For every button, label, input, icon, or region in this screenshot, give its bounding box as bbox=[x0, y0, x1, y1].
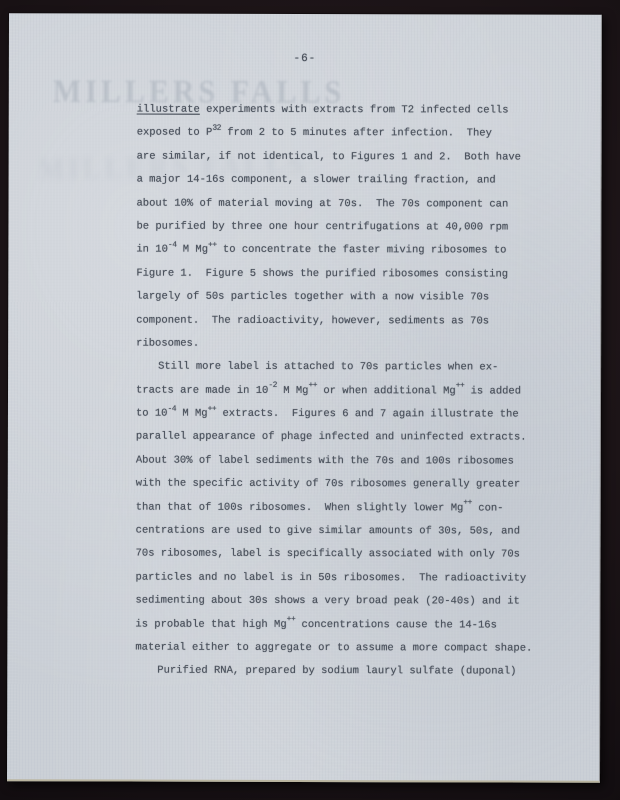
text-line: in 10-4 M Mg++ to concentrate the faster… bbox=[136, 239, 556, 263]
paragraph: Purified RNA, prepared by sodium lauryl … bbox=[135, 660, 555, 684]
photo-background: MILLERS FALLS MILLERS FALLS -6- illustra… bbox=[0, 0, 620, 800]
document-body: illustrate experiments with extracts fro… bbox=[135, 99, 557, 685]
text-line: be purified by three one hour centrifuga… bbox=[136, 216, 556, 240]
text-line: ribosomes. bbox=[136, 332, 556, 356]
text-line: Purified RNA, prepared by sodium lauryl … bbox=[135, 660, 555, 684]
text-line: parallel appearance of phage infected an… bbox=[136, 426, 556, 450]
text-line: About 30% of label sediments with the 70… bbox=[136, 449, 556, 473]
text-line: centrations are used to give similar amo… bbox=[136, 520, 556, 544]
text-line: to 10-4 M Mg++ extracts. Figures 6 and 7… bbox=[136, 403, 556, 427]
text-line: largely of 50s particles together with a… bbox=[136, 286, 556, 310]
text-line: particles and no label is in 50s ribosom… bbox=[135, 566, 555, 590]
text-line: exposed to P32 from 2 to 5 minutes after… bbox=[137, 122, 557, 146]
document-page: MILLERS FALLS MILLERS FALLS -6- illustra… bbox=[7, 13, 602, 783]
text-line: Still more label is attached to 70s part… bbox=[136, 356, 556, 380]
text-line: is probable that high Mg++ concentration… bbox=[135, 613, 555, 637]
text-line: about 10% of material moving at 70s. The… bbox=[136, 192, 556, 216]
paragraph: illustrate experiments with extracts fro… bbox=[136, 99, 557, 357]
text-line: than that of 100s ribosomes. When slight… bbox=[136, 496, 556, 520]
text-line: illustrate experiments with extracts fro… bbox=[137, 99, 557, 123]
text-line: a major 14-16s component, a slower trail… bbox=[137, 169, 557, 193]
text-line: sedimenting about 30s shows a very broad… bbox=[135, 590, 555, 614]
text-line: material either to aggregate or to assum… bbox=[135, 637, 555, 661]
paragraph: Still more label is attached to 70s part… bbox=[135, 356, 556, 661]
text-line: component. The radioactivity, however, s… bbox=[136, 309, 556, 333]
text-line: are similar, if not identical, to Figure… bbox=[137, 145, 557, 169]
text-line: with the specific activity of 70s riboso… bbox=[136, 473, 556, 497]
text-line: tracts are made in 10-2 M Mg++ or when a… bbox=[136, 379, 556, 403]
text-line: 70s ribosomes, label is specifically ass… bbox=[136, 543, 556, 567]
page-number: -6- bbox=[9, 52, 601, 66]
text-line: Figure 1. Figure 5 shows the purified ri… bbox=[136, 262, 556, 286]
